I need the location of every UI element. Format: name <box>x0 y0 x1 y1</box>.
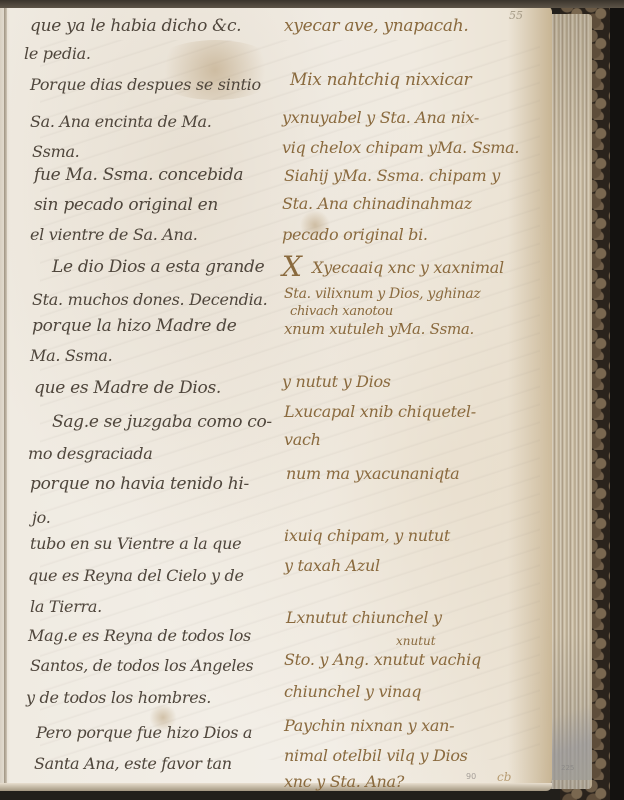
translation-line: Lxucapal xnib chiquetel- <box>284 402 476 421</box>
spanish-line: Mag.e es Reyna de todos los <box>28 626 251 645</box>
translation-line: Siahij yMa. Ssma. chipam y <box>284 166 500 185</box>
spanish-line: Sta. muchos dones. Decendia. <box>32 290 267 309</box>
spanish-line: Santos, de todos los Angeles <box>30 656 253 675</box>
translation-line: Lxnutut chiunchel y <box>286 608 442 627</box>
spanish-line: fue Ma. Ssma. concebida <box>34 165 243 185</box>
spanish-line: sin pecado original en <box>34 195 218 215</box>
spanish-line: Sa. Ana encinta de Ma. <box>30 112 212 131</box>
translation-line: xnc y Sta. Ana? <box>284 772 404 791</box>
spanish-line: Porque dias despues se sintio <box>30 75 261 94</box>
translation-line: ixuiq chipam, y nutut <box>284 526 450 545</box>
translation-line: chiunchel y vinaq <box>284 682 421 701</box>
spanish-line: la Tierra. <box>30 597 102 616</box>
spanish-line: que es Madre de Dios. <box>34 378 221 398</box>
spanish-line: Pero porque fue hizo Dios a <box>36 723 252 742</box>
manuscript-scan: 225 55 que ya le habia dicho &c. le pedi… <box>0 0 624 800</box>
spanish-line: que ya le habia dicho &c. <box>30 16 241 36</box>
folio-pencil-number: 90 <box>466 772 476 781</box>
page-edges-shade <box>548 14 590 789</box>
edge-number: 225 <box>561 764 574 772</box>
translation-line: xyecar ave, ynapacah. <box>284 16 468 36</box>
gutter-edge <box>4 6 7 788</box>
translation-line: Mix nahtchiq nixxicar <box>290 70 471 90</box>
spanish-line: Santa Ana, este favor tan <box>34 754 232 773</box>
translation-line: Sta. vilixnum y Dios, yghinaz <box>284 286 480 302</box>
translation-line: Xyecaaiq xnc y xaxnimal <box>312 258 504 277</box>
translation-line: y taxah Azul <box>284 556 380 575</box>
translation-line: y nutut y Dios <box>282 372 391 391</box>
translation-line: vach <box>284 430 321 449</box>
spanish-line: Le dio Dios a esta grande <box>52 257 264 277</box>
translation-line: viq chelox chipam yMa. Ssma. <box>282 138 519 157</box>
translation-line: pecado original bi. <box>282 225 428 244</box>
spanish-line: porque no havia tenido hi- <box>30 474 249 494</box>
spanish-line: le pedia. <box>24 44 91 63</box>
spanish-line: y de todos los hombres. <box>26 688 211 707</box>
translation-line: nimal otelbil vilq y Dios <box>284 746 468 765</box>
spanish-line: jo. <box>32 508 51 527</box>
translation-line: chivach xanotou <box>290 304 393 319</box>
cover-edge <box>610 0 624 800</box>
translation-line: Sta. Ana chinadinahmaz <box>282 194 472 213</box>
spanish-line: el vientre de Sa. Ana. <box>30 225 198 244</box>
catchword-mark: cb <box>497 770 511 784</box>
interlinear-insertion: xnutut <box>396 634 436 648</box>
spanish-line: que es Reyna del Cielo y de <box>28 566 244 585</box>
binding-top <box>0 0 624 8</box>
spanish-line: tubo en su Vientre a la que <box>30 534 241 553</box>
initial-flourish: X <box>282 250 302 283</box>
translation-line: Paychin nixnan y xan- <box>284 716 454 735</box>
spanish-line: Ssma. <box>32 142 79 161</box>
spanish-line: mo desgraciada <box>28 444 152 463</box>
spanish-line: Sag.e se juzgaba como co- <box>52 412 272 432</box>
translation-line: xnum xutuleh yMa. Ssma. <box>284 320 474 338</box>
spanish-line: Ma. Ssma. <box>30 346 112 365</box>
spanish-line: porque la hizo Madre de <box>32 316 237 336</box>
translation-line: yxnuyabel y Sta. Ana nix- <box>282 108 479 127</box>
translation-line: Sto. y Ang. xnutut vachiq <box>284 650 481 669</box>
page-bottom-edge <box>0 783 552 791</box>
translation-line: num ma yxacunaniqta <box>286 464 459 483</box>
page-number: 55 <box>509 9 523 22</box>
